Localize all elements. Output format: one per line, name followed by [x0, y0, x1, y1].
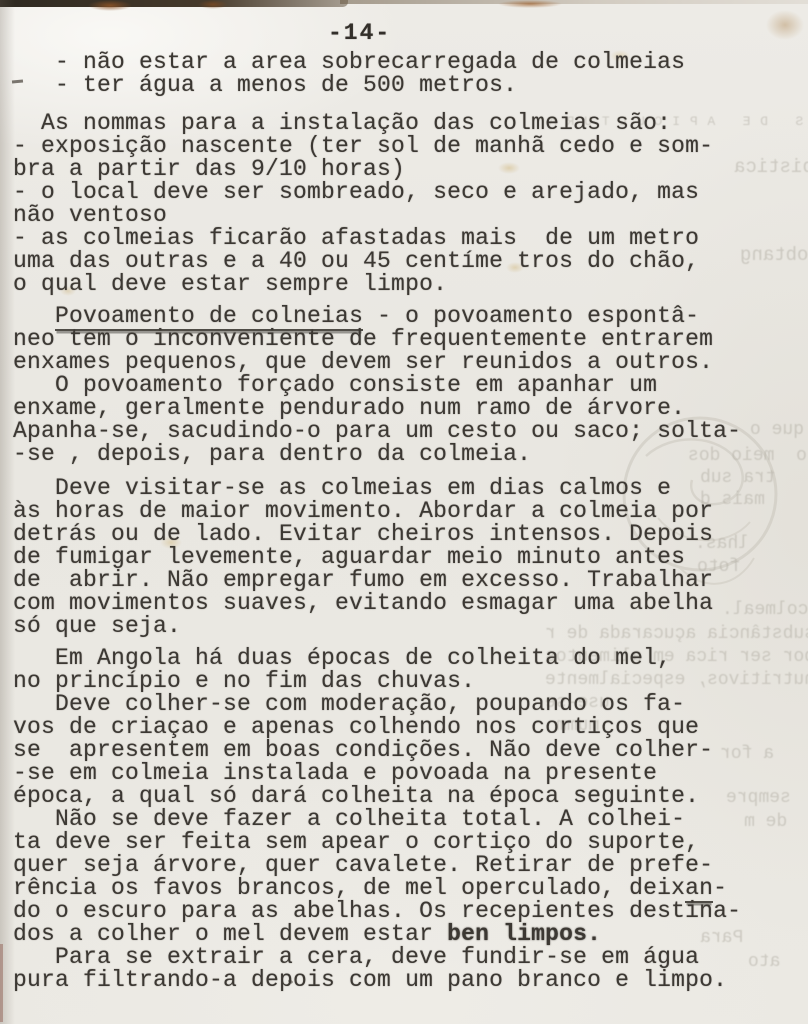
text-line: - ter água a menos de 500 metros.: [13, 74, 773, 97]
top-edge-shadow: [0, 0, 348, 7]
text-line: -se , depois, para dentro da colmeia.: [13, 443, 773, 466]
text-segment: - ter água a menos de 500 metros.: [13, 72, 517, 98]
text-line: enxame, geralmente pendurado num ramo de…: [13, 397, 773, 420]
paragraph: - não estar a area sobrecarregada de col…: [13, 51, 773, 97]
text-line: Deve visitar-se as colmeias em dias calm…: [13, 477, 773, 500]
text-line: - exposição nascente (ter sol de manhã c…: [13, 135, 773, 158]
paragraph: Povoamento de colneias - o povoamento es…: [13, 305, 773, 466]
rust-stain: [498, 0, 562, 8]
text-line: - não estar a area sobrecarregada de col…: [13, 51, 773, 74]
rust-stain: [198, 0, 228, 9]
text-segment: pura filtrando-a depois com um pano bran…: [13, 967, 727, 993]
text-line: de abrir. Não empregar fumo em excesso. …: [13, 569, 773, 592]
rust-stain: [766, 10, 804, 40]
text-segment: o qual deve estar sempre limpo.: [13, 271, 447, 297]
text-line: dos a colher o mel devem estar ben limpo…: [13, 923, 773, 946]
text-line: uma das outras e a 40 ou 45 centíme tros…: [13, 250, 773, 273]
text-segment: só que seja.: [13, 613, 181, 639]
paragraph: Deve visitar-se as colmeias em dias calm…: [13, 477, 773, 638]
page-number: -14-: [328, 20, 391, 46]
text-line: rência os favos brancos, de mel opercula…: [13, 877, 773, 900]
text-line: se apresentem em boas condições. Não dev…: [13, 739, 773, 762]
text-line: só que seja.: [13, 615, 773, 638]
paragraph: Em Angola há duas épocas de colheita do …: [13, 647, 773, 992]
text-line: Apanha-se, sacudindo-o para um cesto ou …: [13, 420, 773, 443]
text-line: O povoamento forçado consiste em apanhar…: [13, 374, 773, 397]
text-line: enxames pequenos, que devem ser reunidos…: [13, 351, 773, 374]
text-line: às horas de maior movimento. Abordar a c…: [13, 500, 773, 523]
text-line: com movimentos suaves, evitando esmagar …: [13, 592, 773, 615]
text-line: no princípio e no fim das chuvas.: [13, 670, 773, 693]
document-body: - não estar a area sobrecarregada de col…: [13, 51, 773, 992]
text-line: - as colmeias ficarão afastadas mais de …: [13, 227, 773, 250]
text-line: pura filtrando-a depois com um pano bran…: [13, 969, 773, 992]
text-line: neo tem o inconveniente de frequentement…: [13, 328, 773, 351]
text-line: - o local deve ser sombreado, seco e are…: [13, 181, 773, 204]
text-line: quer seja árvore, quer cavalete. Retirar…: [13, 854, 773, 877]
bottom-left-edge-mark: [0, 944, 3, 1022]
top-edge-shadow-right: [340, 0, 808, 4]
text-line: Deve colher-se com moderação, poupando o…: [13, 693, 773, 716]
text-line: detrás ou de lado. Evitar cheiros intens…: [13, 523, 773, 546]
text-line: do o escuro para as abelhas. Os recepien…: [13, 900, 773, 923]
text-line: Não se deve fazer a colheita total. A co…: [13, 808, 773, 831]
text-line: de fumigar levemente, aguardar meio minu…: [13, 546, 773, 569]
text-line: Povoamento de colneias - o povoamento es…: [13, 305, 773, 328]
text-line: não ventoso: [13, 204, 773, 227]
text-line: época, a qual só dará colheita na época …: [13, 785, 773, 808]
paragraph: As nommas para a instalação das colmeias…: [13, 112, 773, 296]
text-segment: -se , depois, para dentro da colmeia.: [13, 441, 531, 467]
scanned-page: B R E V E S N O C O E S D E A P I C U L …: [0, 0, 808, 1024]
text-line: As nommas para a instalação das colmeias…: [13, 112, 773, 135]
text-line: o qual deve estar sempre limpo.: [13, 273, 773, 296]
text-line: Em Angola há duas épocas de colheita do …: [13, 647, 773, 670]
text-line: vos de criaçao e apenas colhendo nos cor…: [13, 716, 773, 739]
text-line: -se em colmeia instalada e povoada na pr…: [13, 762, 773, 785]
text-line: ta deve ser feita sem apear o cortiço do…: [13, 831, 773, 854]
rust-stain: [88, 0, 132, 11]
text-line: Para se extrair a cera, deve fundir-se e…: [13, 946, 773, 969]
text-line: bra a partir das 9/10 horas): [13, 158, 773, 181]
